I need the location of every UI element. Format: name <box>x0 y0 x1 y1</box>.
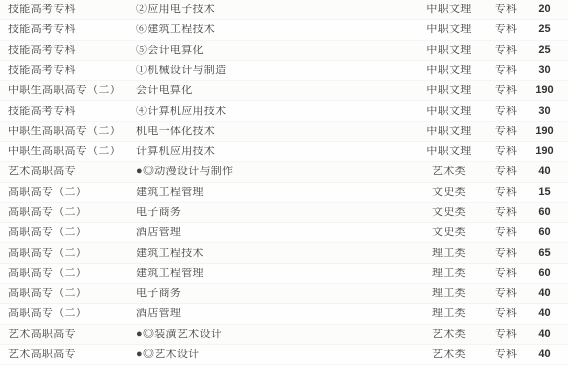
level-cell: 专科 <box>491 248 521 259</box>
enrollment-plan-table: 技能高考专科 ②应用电子技术 中职文理 专科 20 技能高考专科 ⑥建筑工程技术… <box>0 0 568 365</box>
category-cell: 中职生高职高专（二） <box>0 146 135 157</box>
subject-type-cell: 中职文理 <box>407 4 491 15</box>
table-row: 中职生高职高专（二） 会计电算化 中职文理 专科 190 <box>0 81 568 101</box>
major-cell: 计算机应用技术 <box>135 146 407 157</box>
level-cell: 专科 <box>491 308 521 319</box>
major-cell: ●◎动漫设计与制作 <box>135 166 407 177</box>
table-row: 技能高考专科 ⑥建筑工程技术 中职文理 专科 25 <box>0 20 568 40</box>
table-row: 技能高考专科 ④计算机应用技术 中职文理 专科 30 <box>0 101 568 121</box>
major-cell: 建筑工程管理 <box>135 268 407 279</box>
major-cell: ②应用电子技术 <box>135 4 407 15</box>
category-cell: 中职生高职高专（二） <box>0 126 135 137</box>
major-cell: 酒店管理 <box>135 308 407 319</box>
table-row: 艺术高职高专 ●◎动漫设计与制作 艺术类 专科 40 <box>0 162 568 182</box>
category-cell: 技能高考专科 <box>0 106 135 117</box>
table-row: 高职高专（二） 建筑工程技术 理工类 专科 65 <box>0 243 568 263</box>
level-cell: 专科 <box>491 4 521 15</box>
table-row: 中职生高职高专（二） 计算机应用技术 中职文理 专科 190 <box>0 142 568 162</box>
quota-cell: 40 <box>521 166 568 177</box>
level-cell: 专科 <box>491 349 521 360</box>
level-cell: 专科 <box>491 227 521 238</box>
level-cell: 专科 <box>491 268 521 279</box>
quota-cell: 25 <box>521 24 568 35</box>
subject-type-cell: 理工类 <box>407 268 491 279</box>
subject-type-cell: 中职文理 <box>407 126 491 137</box>
quota-cell: 15 <box>521 187 568 198</box>
quota-cell: 40 <box>521 349 568 360</box>
quota-cell: 190 <box>521 146 568 157</box>
quota-cell: 60 <box>521 227 568 238</box>
category-cell: 中职生高职高专（二） <box>0 85 135 96</box>
category-cell: 技能高考专科 <box>0 4 135 15</box>
quota-cell: 40 <box>521 288 568 299</box>
quota-cell: 30 <box>521 65 568 76</box>
subject-type-cell: 理工类 <box>407 248 491 259</box>
subject-type-cell: 中职文理 <box>407 65 491 76</box>
level-cell: 专科 <box>491 146 521 157</box>
major-cell: ⑥建筑工程技术 <box>135 24 407 35</box>
table-row: 技能高考专科 ①机械设计与制造 中职文理 专科 30 <box>0 61 568 81</box>
major-cell: 电子商务 <box>135 207 407 218</box>
subject-type-cell: 文史类 <box>407 227 491 238</box>
subject-type-cell: 中职文理 <box>407 45 491 56</box>
quota-cell: 60 <box>521 207 568 218</box>
major-cell: 建筑工程管理 <box>135 187 407 198</box>
quota-cell: 60 <box>521 268 568 279</box>
table-row: 技能高考专科 ⑤会计电算化 中职文理 专科 25 <box>0 41 568 61</box>
major-cell: ●◎装潢艺术设计 <box>135 329 407 340</box>
subject-type-cell: 文史类 <box>407 207 491 218</box>
level-cell: 专科 <box>491 329 521 340</box>
category-cell: 高职高专（二） <box>0 187 135 198</box>
table-row: 高职高专（二） 电子商务 理工类 专科 40 <box>0 284 568 304</box>
quota-cell: 30 <box>521 106 568 117</box>
table-row: 高职高专（二） 建筑工程管理 理工类 专科 60 <box>0 264 568 284</box>
level-cell: 专科 <box>491 288 521 299</box>
subject-type-cell: 中职文理 <box>407 146 491 157</box>
subject-type-cell: 中职文理 <box>407 85 491 96</box>
quota-cell: 20 <box>521 4 568 15</box>
level-cell: 专科 <box>491 166 521 177</box>
table-row: 艺术高职高专 ●◎艺术设计 艺术类 专科 40 <box>0 345 568 365</box>
subject-type-cell: 文史类 <box>407 187 491 198</box>
quota-cell: 25 <box>521 45 568 56</box>
major-cell: 建筑工程技术 <box>135 248 407 259</box>
quota-cell: 190 <box>521 85 568 96</box>
subject-type-cell: 中职文理 <box>407 106 491 117</box>
category-cell: 高职高专（二） <box>0 227 135 238</box>
quota-cell: 40 <box>521 308 568 319</box>
category-cell: 艺术高职高专 <box>0 329 135 340</box>
table-row: 艺术高职高专 ●◎装潢艺术设计 艺术类 专科 40 <box>0 325 568 345</box>
table-row: 高职高专（二） 酒店管理 文史类 专科 60 <box>0 223 568 243</box>
major-cell: 机电一体化技术 <box>135 126 407 137</box>
major-cell: 电子商务 <box>135 288 407 299</box>
major-cell: 酒店管理 <box>135 227 407 238</box>
category-cell: 技能高考专科 <box>0 65 135 76</box>
category-cell: 艺术高职高专 <box>0 166 135 177</box>
level-cell: 专科 <box>491 187 521 198</box>
table-row: 技能高考专科 ②应用电子技术 中职文理 专科 20 <box>0 0 568 20</box>
major-cell: ⑤会计电算化 <box>135 45 407 56</box>
quota-cell: 40 <box>521 329 568 340</box>
category-cell: 艺术高职高专 <box>0 349 135 360</box>
level-cell: 专科 <box>491 126 521 137</box>
category-cell: 高职高专（二） <box>0 268 135 279</box>
subject-type-cell: 理工类 <box>407 308 491 319</box>
category-cell: 技能高考专科 <box>0 45 135 56</box>
table-row: 高职高专（二） 电子商务 文史类 专科 60 <box>0 203 568 223</box>
level-cell: 专科 <box>491 207 521 218</box>
level-cell: 专科 <box>491 24 521 35</box>
subject-type-cell: 艺术类 <box>407 329 491 340</box>
table-row: 高职高专（二） 酒店管理 理工类 专科 40 <box>0 304 568 324</box>
subject-type-cell: 艺术类 <box>407 166 491 177</box>
level-cell: 专科 <box>491 45 521 56</box>
subject-type-cell: 中职文理 <box>407 24 491 35</box>
category-cell: 高职高专（二） <box>0 207 135 218</box>
level-cell: 专科 <box>491 106 521 117</box>
table-row: 高职高专（二） 建筑工程管理 文史类 专科 15 <box>0 183 568 203</box>
category-cell: 技能高考专科 <box>0 24 135 35</box>
major-cell: 会计电算化 <box>135 85 407 96</box>
subject-type-cell: 理工类 <box>407 288 491 299</box>
category-cell: 高职高专（二） <box>0 308 135 319</box>
category-cell: 高职高专（二） <box>0 288 135 299</box>
level-cell: 专科 <box>491 85 521 96</box>
quota-cell: 65 <box>521 248 568 259</box>
major-cell: ●◎艺术设计 <box>135 349 407 360</box>
subject-type-cell: 艺术类 <box>407 349 491 360</box>
table-row: 中职生高职高专（二） 机电一体化技术 中职文理 专科 190 <box>0 122 568 142</box>
quota-cell: 190 <box>521 126 568 137</box>
level-cell: 专科 <box>491 65 521 76</box>
category-cell: 高职高专（二） <box>0 248 135 259</box>
major-cell: ④计算机应用技术 <box>135 106 407 117</box>
major-cell: ①机械设计与制造 <box>135 65 407 76</box>
